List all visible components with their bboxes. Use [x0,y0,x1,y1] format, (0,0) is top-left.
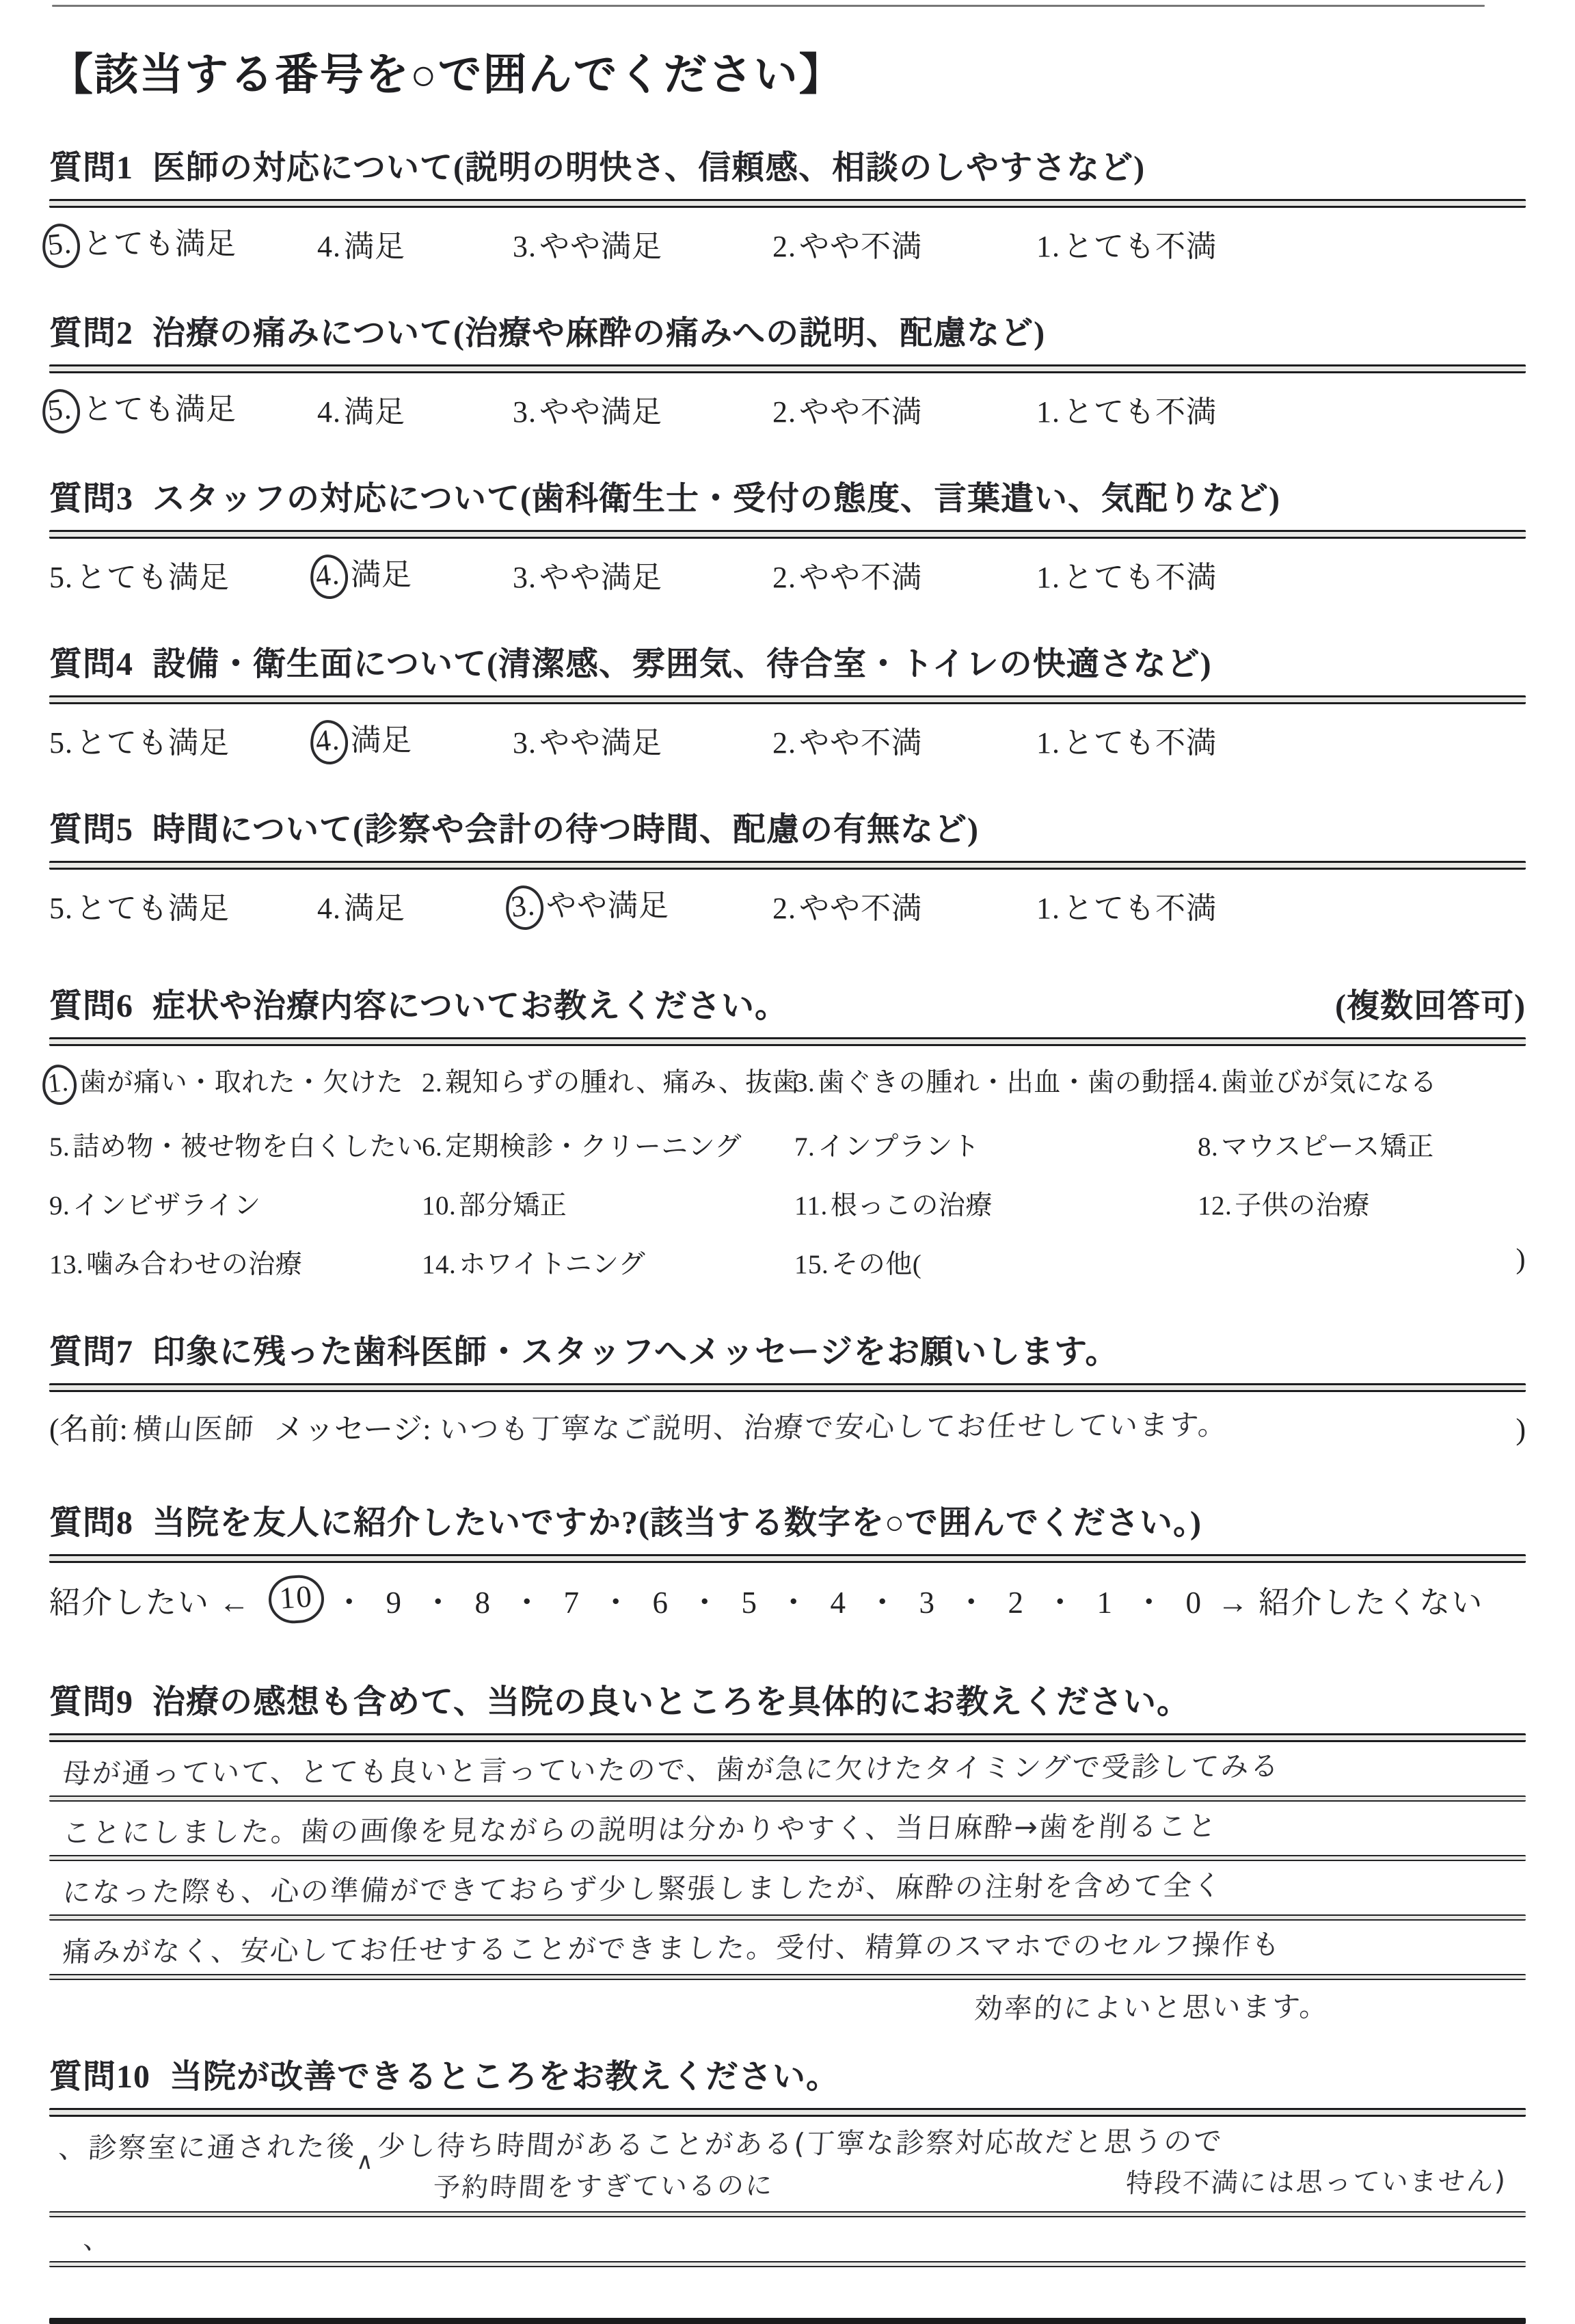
option-number: 2. [772,891,796,926]
question-label: 質問10 [49,2050,150,2097]
question-label: 質問6 [49,979,133,1026]
option-4: 4.満足 [317,222,513,265]
question-label: 質問7 [49,1325,133,1372]
empty-answer-space [49,2267,1526,2307]
option-number: 6. [422,1132,442,1162]
question-2-heading: 質問2 治療の痛みについて(治療や麻酔の痛みへの説明、配慮など) [49,306,1526,353]
option-number: 3. [794,1067,815,1098]
answer-rule [49,1974,1526,1980]
question-topic: 治療の痛みについて(治療や麻酔の痛みへの説明、配慮など) [152,306,1045,353]
divider [49,1383,1526,1392]
symptom-option-4: 4.歯並びが気になる [1198,1061,1526,1105]
question-9: 質問9 治療の感想も含めて、当院の良いところを具体的にお教えください。 母が通っ… [49,1675,1526,2032]
option-5: 5.とても満足 [49,219,317,268]
option-number: 4. [317,891,341,926]
symptom-option-3: 3.歯ぐきの腫れ・出血・歯の動揺 [794,1061,1198,1105]
handwritten-line-1: 母が通っていて、とても良いと言っていたので、歯が急に欠けたタイミングで受診してみ… [49,1740,1529,1791]
handwritten-line-5: 効率的によいと思います。 [49,1981,1529,2032]
option-number: 5. [49,560,73,595]
option-1: 1.とても不満 [1036,552,1526,596]
option-label: やや不満 [799,561,922,594]
option-label: やや満足 [539,395,662,429]
question-2-options: 5.とても満足 4.満足 3.やや満足 2.やや不満 1.とても不満 [49,384,1526,433]
question-1: 質問1 医師の対応について(説明の明快さ、信頼感、相談のしやすさなど) 5.とて… [49,141,1526,268]
circled-score: 10 [267,1573,326,1625]
option-number: 5. [49,725,73,760]
handwritten-improvement-line: 、診察室に通された後∧少し待ち時間があることがある(丁寧な診察対応故だと思うので [49,2116,1529,2166]
question-topic: 当院が改善できるところをお教えください。 [170,2050,839,2097]
question-7-heading: 質問7 印象に残った歯科医師・スタッフへメッセージをお願いします。 [49,1325,1526,1372]
scale-numbers: ・ 9 ・ 8 ・ 7 ・ 6 ・ 5 ・ 4 ・ 3 ・ 2 ・ 1 ・ 0 [334,1577,1202,1622]
option-label: 満足 [344,230,405,263]
symptom-option-14: 14.ホワイトニング [422,1243,794,1281]
question-topic: 治療の感想も含めて、当院の良いところを具体的にお教えください。 [152,1675,1190,1722]
symptom-option-9: 9.インビザライン [49,1184,422,1223]
option-number: 13. [49,1249,83,1280]
option-number: 2. [772,560,796,595]
multi-answer-note: (複数回答可) [1335,979,1526,1026]
option-label: インビザライン [72,1191,260,1220]
circled-answer: 1. [40,1063,79,1107]
option-number: 5. [49,1132,70,1162]
option-2: 2.やや不満 [772,883,1036,927]
question-topic: 印象に残った歯科医師・スタッフへメッセージをお願いします。 [152,1325,1118,1372]
option-number: 8. [1198,1132,1218,1162]
handwritten-line-3: になった際も、心の準備ができておらず少し緊張しましたが、麻酔の注射を含めて全く [49,1859,1529,1910]
option-label: ホワイトニング [459,1250,645,1279]
option-3: 3.やや満足 [513,881,772,930]
option-label: 定期検診・クリーニング [445,1132,742,1162]
option-number: 1. [1036,725,1060,760]
option-label: やや満足 [546,889,669,922]
option-3: 3.やや満足 [513,222,772,265]
handwritten-line-2: ことにしました。歯の画像を見ながらの説明は分かりやすく、当日麻酔→歯を削ること [49,1800,1529,1851]
option-label: とても不満 [1063,726,1217,760]
option-label: とても満足 [83,227,237,261]
other-close-paren: ) [1516,1243,1526,1281]
symptom-options-grid: 1.歯が痛い・取れた・欠けた 2.親知らずの腫れ、痛み、抜歯 3.歯ぐきの腫れ・… [49,1061,1526,1281]
option-5: 5.とても満足 [49,718,317,762]
option-label: やや不満 [799,726,922,760]
option-label: 詰め物・被せ物を白くしたい [72,1132,424,1162]
option-number: 15. [794,1249,829,1280]
message-answer-row: (名前: 横山医師 メッセージ: いつも丁寧なご説明、治療で安心してお任せしてい… [49,1404,1526,1448]
handwritten-line-4: 痛みがなく、安心してお任せすることができました。受付、精算のスマホでのセルフ操作… [49,1919,1529,1970]
survey-page: 【該当する番号を○で囲んでください】 質問1 医師の対応について(説明の明快さ、… [0,5,1575,2324]
question-3-heading: 質問3 スタッフの対応について(歯科衛生士・受付の態度、言葉遣い、気配りなど) [49,472,1526,519]
divider [49,530,1526,539]
close-paren: ) [1516,1412,1526,1447]
option-label: 満足 [344,395,405,429]
question-2: 質問2 治療の痛みについて(治療や麻酔の痛みへの説明、配慮など) 5.とても満足… [49,306,1526,433]
option-number: 3. [513,395,537,429]
option-number: 3. [513,229,537,264]
option-number: 11. [794,1190,828,1221]
option-number: 3. [513,725,537,760]
option-2: 2.やや不満 [772,222,1036,265]
symptom-option-10: 10.部分矯正 [422,1184,794,1223]
trailing-mark-row: 、 [49,2208,1529,2257]
handwritten-message: いつも丁寧なご説明、治療で安心してお任せしています。 [438,1402,1230,1448]
scan-artifact-line [52,5,1485,7]
option-number: 3. [513,560,537,595]
question-label: 質問1 [49,141,133,188]
option-label: とても満足 [76,892,230,925]
divider [49,2108,1526,2117]
option-4: 4.満足 [317,715,513,764]
option-1: 1.とても不満 [1036,222,1526,265]
symptom-option-5: 5.詰め物・被せ物を白くしたい [49,1125,422,1164]
scale-left-label: 紹介したい ← [49,1577,251,1622]
symptom-option-8: 8.マウスピース矯正 [1198,1125,1526,1164]
divider [49,199,1526,208]
option-number: 2. [772,395,796,429]
insertion-row: 予約時間をすぎているのに 特段不満には思っていません) [49,2160,1529,2207]
option-label: とても満足 [76,726,230,760]
option-label: やや不満 [799,892,922,925]
divider [49,695,1526,704]
option-number: 14. [422,1249,456,1280]
option-label: とても満足 [83,392,237,426]
option-label: インプラント [818,1132,980,1162]
question-topic: 症状や治療内容についてお教えください。 [152,979,788,1026]
option-label: やや不満 [799,230,922,263]
option-label: 噛み合わせの治療 [86,1250,302,1279]
question-1-options: 5.とても満足 4.満足 3.やや満足 2.やや不満 1.とても不満 [49,219,1526,268]
option-1: 1.とても不満 [1036,718,1526,762]
question-label: 質問9 [49,1675,133,1722]
option-label: 根っこの治療 [831,1191,993,1220]
question-4-heading: 質問4 設備・衛生面について(清潔感、雰囲気、待合室・トイレの快適さなど) [49,637,1526,684]
question-6: 質問6 症状や治療内容についてお教えください。 (複数回答可) 1.歯が痛い・取… [49,979,1526,1281]
question-label: 質問4 [49,637,133,684]
question-8-heading: 質問8 当院を友人に紹介したいですか?(該当する数字を○で囲んでください。) [49,1496,1526,1543]
question-8: 質問8 当院を友人に紹介したいですか?(該当する数字を○で囲んでください。) 紹… [49,1496,1526,1623]
page-title: 【該当する番号を○で囲んでください】 [49,40,1526,103]
option-5: 5.とても満足 [49,552,317,596]
question-topic: 当院を友人に紹介したいですか?(該当する数字を○で囲んでください。) [152,1496,1202,1543]
option-number: 2. [772,725,796,760]
question-6-heading: 質問6 症状や治療内容についてお教えください。 (複数回答可) [49,979,1526,1026]
option-label: 子供の治療 [1235,1191,1370,1220]
symptom-option-12: 12.子供の治療 [1198,1184,1526,1223]
nps-scale-row: 紹介したい ← 10 ・ 9 ・ 8 ・ 7 ・ 6 ・ 5 ・ 4 ・ 3 ・… [49,1575,1526,1623]
improvement-text-start: 、診察室に通された後 [57,2124,358,2166]
option-4: 4.満足 [317,550,513,599]
option-3: 3.やや満足 [513,718,772,762]
option-2: 2.やや不満 [772,552,1036,596]
option-label: その他( [831,1250,921,1279]
option-label: やや満足 [539,726,662,760]
question-3: 質問3 スタッフの対応について(歯科衛生士・受付の態度、言葉遣い、気配りなど) … [49,472,1526,599]
question-label: 質問5 [49,803,133,850]
symptom-option-15: 15.その他( [794,1243,1198,1281]
option-number: 2. [422,1067,442,1098]
question-label: 質問8 [49,1496,133,1543]
question-10: 質問10 当院が改善できるところをお教えください。 、診察室に通された後∧少し待… [49,2050,1526,2324]
option-number: 9. [49,1190,70,1221]
answer-rule [49,2261,1526,2267]
divider [49,364,1526,373]
question-3-options: 5.とても満足 4.満足 3.やや満足 2.やや不満 1.とても不満 [49,550,1526,599]
option-number: 1. [1036,395,1060,429]
option-number: 10. [422,1190,456,1221]
option-2: 2.やや不満 [772,718,1036,762]
circled-answer: 5. [40,387,82,435]
divider [49,1037,1526,1046]
option-label: 歯ぐきの腫れ・出血・歯の動揺 [818,1068,1196,1097]
improvement-text-end: 少し待ち時間があることがある(丁寧な診察対応故だと思うので [377,2119,1225,2165]
symptom-option-7: 7.インプラント [794,1125,1198,1164]
option-label: やや不満 [799,395,922,429]
symptom-option-2: 2.親知らずの腫れ、痛み、抜歯 [422,1061,794,1105]
option-4: 4.満足 [317,883,513,927]
option-label: やや満足 [539,230,662,263]
option-3: 3.やや満足 [513,552,772,596]
option-5: 5.とても満足 [49,883,317,927]
question-topic: 医師の対応について(説明の明快さ、信頼感、相談のしやすさなど) [152,141,1145,188]
option-label: とても不満 [1063,892,1217,925]
question-label: 質問3 [49,472,133,519]
option-label: 歯並びが気になる [1221,1068,1437,1097]
divider [49,1554,1526,1563]
option-label: とても不満 [1063,395,1217,429]
option-2: 2.やや不満 [772,387,1036,431]
option-label: とても満足 [76,561,230,594]
option-3: 3.やや満足 [513,387,772,431]
question-4-options: 5.とても満足 4.満足 3.やや満足 2.やや不満 1.とても不満 [49,715,1526,764]
option-1: 1.とても不満 [1036,387,1526,431]
question-5: 質問5 時間について(診察や会計の待つ時間、配慮の有無など) 5.とても満足 4… [49,803,1526,930]
option-label: マウスピース矯正 [1221,1132,1433,1162]
option-label: 部分矯正 [459,1191,567,1220]
option-label: 満足 [344,892,405,925]
symptom-option-6: 6.定期検診・クリーニング [422,1125,794,1164]
option-number: 4. [317,395,341,429]
option-1: 1.とても不満 [1036,883,1526,927]
question-4: 質問4 設備・衛生面について(清潔感、雰囲気、待合室・トイレの快適さなど) 5.… [49,637,1526,764]
option-number: 12. [1198,1190,1232,1221]
question-label: 質問2 [49,306,133,353]
option-number: 2. [772,229,796,264]
option-label: やや満足 [539,561,662,594]
symptom-option-13: 13.噛み合わせの治療 [49,1243,422,1281]
option-number: 1. [1036,560,1060,595]
divider [49,861,1526,870]
question-topic: 時間について(診察や会計の待つ時間、配慮の有無など) [152,803,979,850]
option-number: 4. [317,229,341,264]
option-number: 1. [1036,891,1060,926]
symptom-option-11: 11.根っこの治療 [794,1184,1198,1223]
option-label: 満足 [351,558,412,591]
option-label: とても不満 [1063,230,1217,263]
option-number: 7. [794,1132,815,1162]
option-label: 親知らずの腫れ、痛み、抜歯 [445,1068,799,1097]
option-4: 4.満足 [317,387,513,431]
question-5-heading: 質問5 時間について(診察や会計の待つ時間、配慮の有無など) [49,803,1526,850]
scale-right-label: → 紹介したくない [1217,1577,1483,1622]
handwritten-name: 横山医師 [132,1406,256,1448]
bottom-border-line [49,2318,1526,2324]
option-number: 5. [49,891,73,926]
question-topic: スタッフの対応について(歯科衛生士・受付の態度、言葉遣い、気配りなど) [152,472,1280,519]
question-7: 質問7 印象に残った歯科医師・スタッフへメッセージをお願いします。 (名前: 横… [49,1325,1526,1448]
parenthetical-note: 特段不満には思っていません) [1125,2160,1508,2200]
message-prefix: メッセージ: [274,1404,431,1448]
option-label: 歯が痛い・取れた・欠けた [79,1068,403,1097]
inserted-phrase: 予約時間をすぎているのに [432,2165,775,2205]
symptom-option-1: 1.歯が痛い・取れた・欠けた [49,1061,422,1105]
question-topic: 設備・衛生面について(清潔感、雰囲気、待合室・トイレの快適さなど) [152,637,1212,684]
option-label: とても不満 [1063,561,1217,594]
circled-answer: 5. [40,222,82,269]
question-9-heading: 質問9 治療の感想も含めて、当院の良いところを具体的にお教えください。 [49,1675,1526,1722]
option-number: 4. [1198,1067,1218,1098]
question-1-heading: 質問1 医師の対応について(説明の明快さ、信頼感、相談のしやすさなど) [49,141,1526,188]
question-5-options: 5.とても満足 4.満足 3.やや満足 2.やや不満 1.とても不満 [49,881,1526,930]
question-10-heading: 質問10 当院が改善できるところをお教えください。 [49,2050,1526,2097]
option-5: 5.とても満足 [49,384,317,433]
option-label: 満足 [351,723,412,757]
option-number: 1. [1036,229,1060,264]
name-prefix: (名前: [49,1404,128,1448]
